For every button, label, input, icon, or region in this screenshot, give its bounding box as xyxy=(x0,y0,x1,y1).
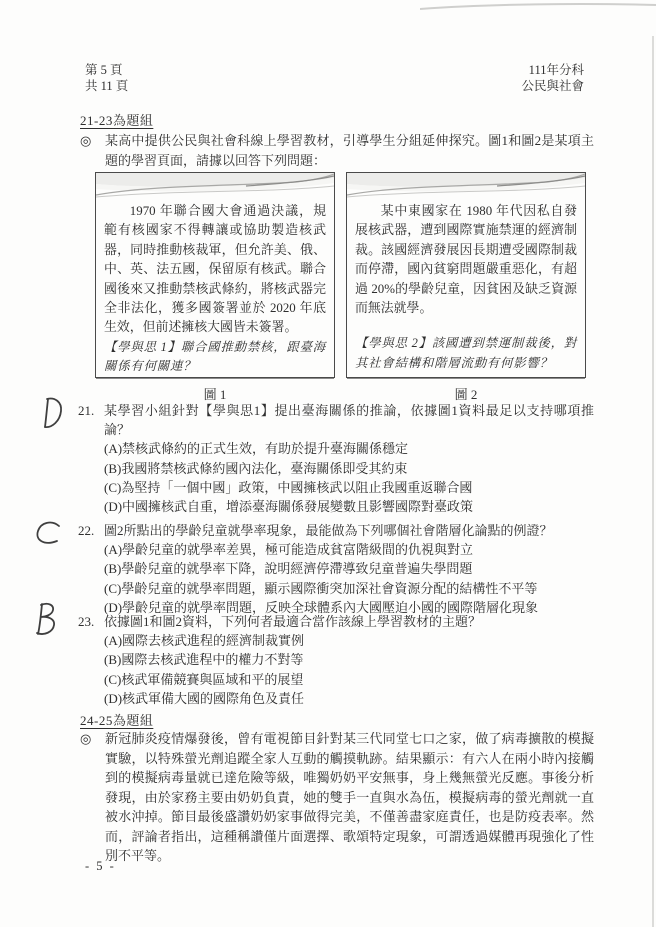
header-page-total: 共 11 頁 xyxy=(85,78,128,94)
question-21-stem: 21. 某學習小組針對【學與思1】提出臺海關係的推論，依據圖1資料最足以支持哪項… xyxy=(78,401,594,439)
handwritten-answer-q23 xyxy=(34,602,60,636)
scanned-exam-page: 第 5 頁 共 11 頁 111年分科 公民與社會 21-23為題組 ◎ 某高中… xyxy=(0,0,656,927)
question-22-option-a: (A)學齡兒童的就學率差異，極可能造成貧富階級間的仇視與對立 xyxy=(78,540,594,559)
question-23-stem-text: 依據圖1和圖2資料，下列何者最適合當作該線上學習教材的主題？ xyxy=(104,614,481,629)
figure-1-body: 1970 年聯合國大會通過決議，規範有核國家不得轉讓或協助製造核武器，同時推動核… xyxy=(96,200,334,338)
question-21-stem-text: 某學習小組針對【學與思1】提出臺海關係的推論，依據圖1資料最足以支持哪項推論？ xyxy=(104,403,594,437)
figure-2-box: 某中東國家在 1980 年代因私自發展核武器，遭到國際實施禁運的經濟制裁。該國經… xyxy=(346,172,586,378)
question-23-option-a: (A)國際去核武進程的經濟制裁實例 xyxy=(78,631,594,650)
group-24-25-intro-text: 新冠肺炎疫情爆發後，曾有電視節目針對某三代同堂七口之家，做了病毒擴散的模擬實驗，… xyxy=(105,731,594,863)
question-23-option-c: (C)核武軍備競賽與區域和平的展望 xyxy=(78,670,594,689)
page-header: 第 5 頁 共 11 頁 111年分科 公民與社會 xyxy=(85,62,584,94)
question-22-stem-text: 圖2所點出的學齡兒童就學率現象，最能做為下列哪個社會階層化論點的例證？ xyxy=(104,523,553,538)
header-page-numbers: 第 5 頁 共 11 頁 xyxy=(85,62,128,94)
group-heading-24-25: 24-25為題組 xyxy=(80,710,153,729)
group-21-23-intro: ◎ 某高中提供公民與社會科線上學習教材，引導學生分組延伸探究。圖1和圖2是某項主… xyxy=(80,131,594,170)
group-24-25-intro: ◎ 新冠肺炎疫情爆發後，曾有電視節目針對某三代同堂七口之家，做了病毒擴散的模擬實… xyxy=(80,729,594,866)
question-21: 21. 某學習小組針對【學與思1】提出臺海關係的推論，依據圖1資料最足以支持哪項… xyxy=(78,401,594,516)
header-page-current: 第 5 頁 xyxy=(85,62,128,78)
circle-marker-icon: ◎ xyxy=(80,729,91,749)
question-23-option-d: (D)核武軍備大國的國際角色及責任 xyxy=(78,689,594,708)
banner-wave-graphic xyxy=(347,173,585,200)
question-21-option-b: (B)我國將禁核武條約國內法化，臺海關係即受其約束 xyxy=(78,459,594,478)
question-22: 22. 圖2所點出的學齡兒童就學率現象，最能做為下列哪個社會階層化論點的例證？ … xyxy=(78,521,594,617)
question-23-option-b: (B)國際去核武進程中的權力不對等 xyxy=(78,650,594,669)
group-21-23-intro-text: 某高中提供公民與社會科線上學習教材，引導學生分組延伸探究。圖1和圖2是某項主題的… xyxy=(105,133,594,168)
footer-page-number: - 5 - xyxy=(85,859,116,874)
question-23-number: 23. xyxy=(78,612,94,631)
figure-2-body: 某中東國家在 1980 年代因私自發展核武器，遭到國際實施禁運的經濟制裁。該國經… xyxy=(347,200,585,318)
question-21-option-a: (A)禁核武條約的正式生效，有助於提升臺海關係穩定 xyxy=(78,439,594,458)
question-21-option-c: (C)為堅持「一個中國」政策，中國擁核武以阻止我國重返聯合國 xyxy=(78,478,594,497)
figure-1: 1970 年聯合國大會通過決議，規範有核國家不得轉讓或協助製造核武器，同時推動核… xyxy=(95,172,335,403)
question-22-number: 22. xyxy=(78,521,94,540)
question-21-option-d: (D)中國擁核武自重，增添臺海關係發展變數且影響國際對臺政策 xyxy=(78,497,594,516)
figure-2-think-question: 【學與思 2】該國遭到禁運制裁後，對其社會結構和階層流動有何影響？ xyxy=(347,334,585,377)
scan-artifact-top-line xyxy=(420,0,656,14)
question-22-stem: 22. 圖2所點出的學齡兒童就學率現象，最能做為下列哪個社會階層化論點的例證？ xyxy=(78,521,594,540)
handwritten-answer-q21 xyxy=(38,396,64,430)
circle-marker-icon: ◎ xyxy=(80,131,91,151)
question-21-number: 21. xyxy=(78,401,94,420)
banner-wave-graphic xyxy=(96,173,334,200)
figure-1-box: 1970 年聯合國大會通過決議，規範有核國家不得轉讓或協助製造核武器，同時推動核… xyxy=(95,172,335,378)
header-exam-year: 111年分科 xyxy=(521,62,584,78)
question-22-option-c: (C)學齡兒童的就學率問題，顯示國際衝突加深社會資源分配的結構性不平等 xyxy=(78,579,594,598)
header-exam-info: 111年分科 公民與社會 xyxy=(521,62,584,94)
group-heading-21-23: 21-23為題組 xyxy=(80,110,153,129)
figure-2: 某中東國家在 1980 年代因私自發展核武器，遭到國際實施禁運的經濟制裁。該國經… xyxy=(346,172,586,403)
question-22-option-b: (B)學齡兒童的就學率下降，說明經濟停滯導致兒童普遍失學問題 xyxy=(78,559,594,578)
figures-row: 1970 年聯合國大會通過決議，規範有核國家不得轉讓或協助製造核武器，同時推動核… xyxy=(95,172,586,403)
scan-artifact-right-edge xyxy=(652,36,654,927)
question-23-stem: 23. 依據圖1和圖2資料，下列何者最適合當作該線上學習教材的主題？ xyxy=(78,612,594,631)
question-23: 23. 依據圖1和圖2資料，下列何者最適合當作該線上學習教材的主題？ (A)國際… xyxy=(78,612,594,708)
handwritten-answer-q22 xyxy=(33,519,63,547)
header-subject: 公民與社會 xyxy=(521,78,584,94)
figure-1-think-question: 【學與思 1】聯合國推動禁核，跟臺海關係有何關連？ xyxy=(96,338,334,381)
